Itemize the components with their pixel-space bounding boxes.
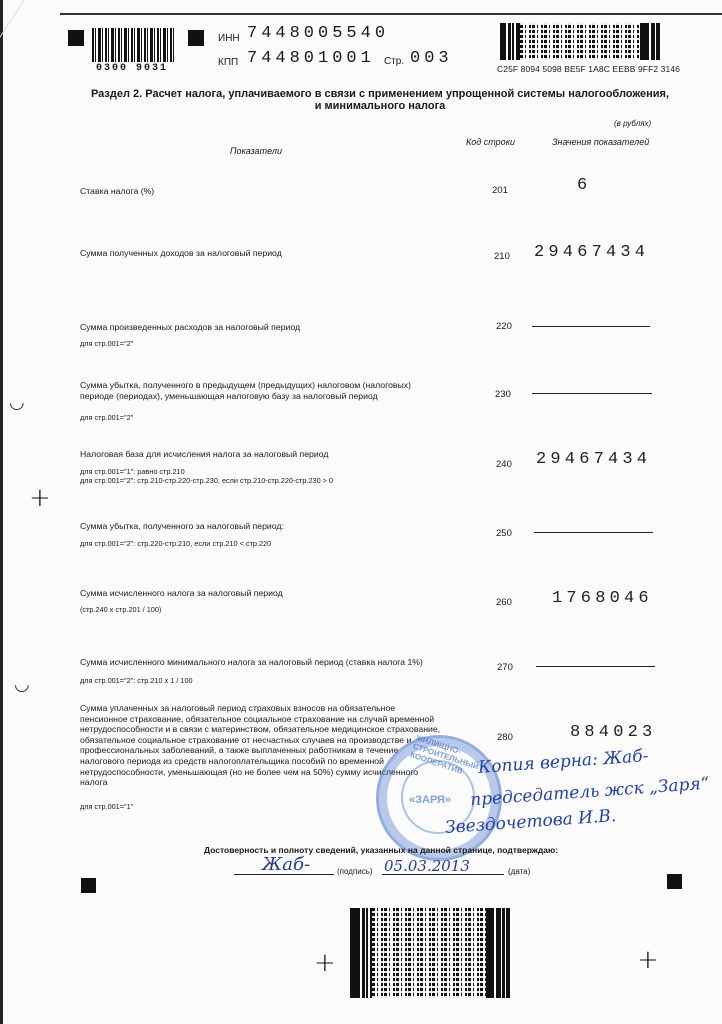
row-201-value: 6 xyxy=(577,176,591,195)
row-240-title: Налоговая база для исчисления налога за … xyxy=(80,449,328,460)
row-270-title: Сумма исчисленного минимального налога з… xyxy=(80,657,423,668)
alignment-marker-top-left xyxy=(68,30,84,46)
row-220-empty-dash xyxy=(532,326,650,327)
row-260-code: 260 xyxy=(496,597,512,608)
registration-cross-bottom-right: + xyxy=(637,947,659,973)
row-280-title-line-4: обязательное социальное страхование от н… xyxy=(80,735,440,746)
row-250-title: Сумма убытка, полученного за налоговый п… xyxy=(80,521,284,532)
date-label: (дата) xyxy=(508,867,530,876)
inn-label: ИНН xyxy=(218,33,240,44)
row-240-note-1: для стр.001="1": равно стр.210 xyxy=(80,467,185,476)
row-260-value: 1768046 xyxy=(552,589,653,608)
row-280-title-line-3: нетрудоспособности и в связи с материнст… xyxy=(80,724,440,735)
scan-fold-line xyxy=(0,0,31,100)
pdf417-barcode-bottom xyxy=(350,908,510,998)
punch-hole-mark-lower: ◡ xyxy=(14,674,30,695)
row-240-note-2: для стр.001="2": стр.210-стр.220-стр.230… xyxy=(80,476,333,485)
row-260-note: (стр.240 х стр.201 / 100) xyxy=(80,605,161,614)
row-230-note: для стр.001="2" xyxy=(80,413,133,422)
confirmation-text: Достоверность и полноту сведений, указан… xyxy=(204,845,558,855)
registration-cross-left: + xyxy=(29,485,51,511)
alignment-marker-bottom-left xyxy=(81,878,96,893)
section-title-line-1: Раздел 2. Расчет налога, уплачиваемого в… xyxy=(80,88,680,100)
pdf417-barcode-top xyxy=(500,23,660,60)
punch-hole-mark-upper: ◡ xyxy=(9,392,25,413)
page-label: Стр. xyxy=(384,56,404,67)
row-280-title-line-1: Сумма уплаченных за налоговый период стр… xyxy=(80,703,440,714)
row-230-empty-dash xyxy=(532,393,652,394)
row-280-value: 884023 xyxy=(570,723,656,742)
page-value: 003 xyxy=(410,49,453,68)
stamp-center-text: «ЗАРЯ» xyxy=(409,794,451,806)
row-230-title-line-1: Сумма убытка, полученного в предыдущем (… xyxy=(80,380,411,391)
column-header-code: Код строки xyxy=(466,137,515,147)
row-280-note: для стр.001="1" xyxy=(80,802,133,811)
row-220-note: для стр.001="2" xyxy=(80,339,133,348)
linear-barcode xyxy=(92,28,176,62)
barcode-number: 0300 9031 xyxy=(96,63,168,74)
units-note: (в рублях) xyxy=(614,119,651,128)
signature-label: (подпись) xyxy=(337,867,373,876)
row-280-title-line-2: пенсионное страхование, обязательное соц… xyxy=(80,714,440,725)
row-280-title-line-5: профессиональных заболеваний, а также вы… xyxy=(80,745,440,756)
row-210-title: Сумма полученных доходов за налоговый пе… xyxy=(80,248,282,259)
row-201-code: 201 xyxy=(492,185,508,196)
page-top-border xyxy=(60,13,722,15)
row-240-value: 29467434 xyxy=(536,450,651,469)
alignment-marker-bottom-right xyxy=(667,874,682,889)
column-header-indicators: Показатели xyxy=(230,146,282,156)
section-title-line-2: и минимального налога xyxy=(80,100,680,112)
section-title: Раздел 2. Расчет налога, уплачиваемого в… xyxy=(80,88,680,112)
column-header-values: Значения показателей xyxy=(552,137,649,147)
row-250-empty-dash xyxy=(534,532,653,533)
row-230-title: Сумма убытка, полученного в предыдущем (… xyxy=(80,380,411,402)
document-hash-code: C25F 8094 5098 BE5F 1A8C EEBB 9FF2 3146 xyxy=(497,64,680,74)
row-280-code: 280 xyxy=(497,732,513,743)
signature-handwritten: Жаб- xyxy=(262,854,310,875)
handwritten-note-line-2: председатель жск „Заря“ xyxy=(470,774,710,811)
row-210-code: 210 xyxy=(494,251,510,262)
kpp-value: 744801001 xyxy=(247,49,375,68)
row-260-title: Сумма исчисленного налога за налоговый п… xyxy=(80,588,283,599)
row-201-title: Ставка налога (%) xyxy=(80,186,154,197)
row-270-code: 270 xyxy=(497,662,513,673)
handwritten-note-line-1: Копия верна: Жаб- xyxy=(478,746,650,778)
scan-page-edge xyxy=(0,0,3,1024)
row-250-code: 250 xyxy=(496,528,512,539)
row-270-empty-dash xyxy=(536,666,655,667)
row-220-code: 220 xyxy=(496,321,512,332)
row-230-title-line-2: периоде (периодах), уменьшающая налогову… xyxy=(80,391,411,402)
row-220-title: Сумма произведенных расходов за налоговы… xyxy=(80,322,300,333)
row-270-note: для стр.001="2": стр.210 х 1 / 100 xyxy=(80,676,193,685)
row-250-note: для стр.001="2": стр.220-стр.210, если с… xyxy=(80,539,271,548)
date-handwritten: 05.03.2013 xyxy=(384,857,470,875)
kpp-label: КПП xyxy=(218,57,238,68)
row-210-value: 29467434 xyxy=(534,243,649,262)
row-230-code: 230 xyxy=(495,389,511,400)
row-240-code: 240 xyxy=(496,459,512,470)
inn-value: 7448005540 xyxy=(247,24,389,43)
alignment-marker-top-center xyxy=(188,30,204,46)
registration-cross-bottom-left: + xyxy=(314,950,336,976)
